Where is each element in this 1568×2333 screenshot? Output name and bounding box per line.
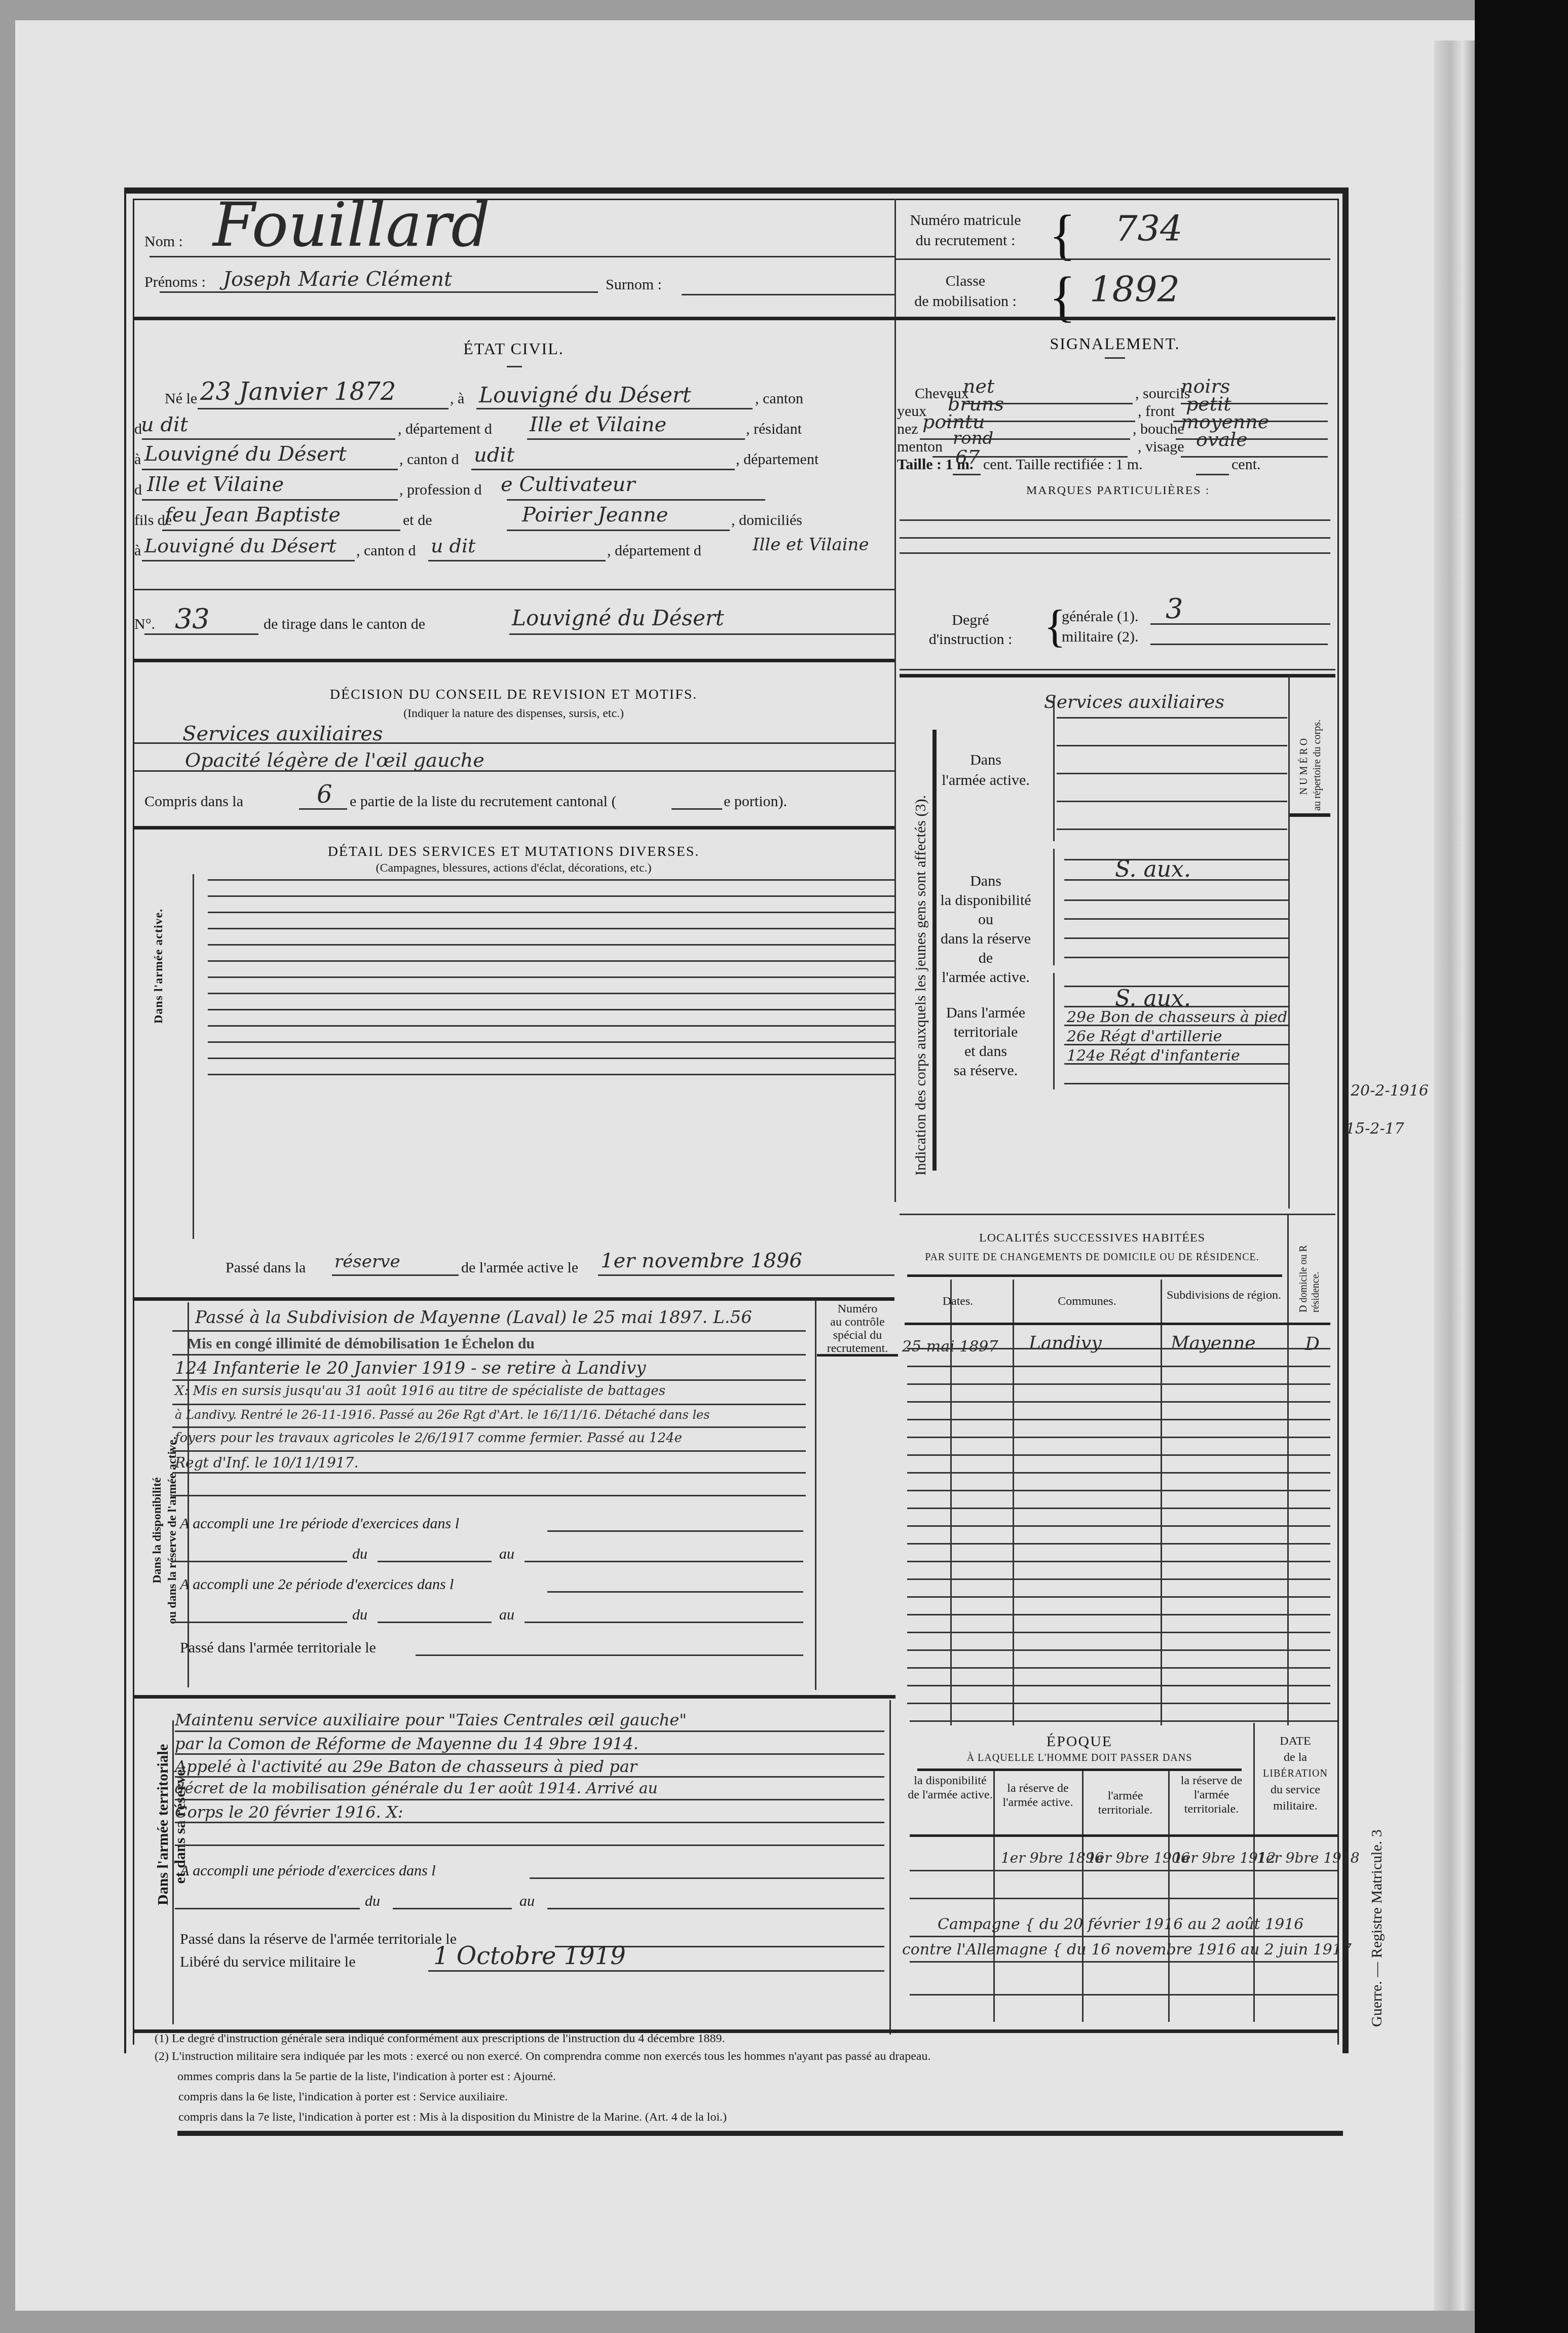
canton-line: [142, 438, 395, 440]
localite-ruled-line: [907, 1508, 1330, 1509]
tirage-canton-line: [509, 633, 894, 635]
terr-rule: [175, 1822, 884, 1823]
epoque-col-4: la réserve de l'armée territoriale.: [1170, 1774, 1253, 1816]
canton-label: , canton: [755, 390, 803, 407]
numero-controle-line: spécial du: [817, 1329, 898, 1342]
service-ruled-line: [208, 879, 894, 881]
footnote-4: compris dans la 6e liste, l'indication à…: [178, 2090, 508, 2104]
nom-label: Nom :: [144, 233, 183, 250]
tirage-no-value: 33: [175, 603, 210, 635]
terr-label-line: et dans: [938, 1042, 1034, 1061]
passe-line-2: [598, 1274, 894, 1276]
terr-right-divider: [889, 1700, 891, 2035]
residence-line: [142, 469, 398, 470]
decision-title: DÉCISION DU CONSEIL DE REVISION ET MOTIF…: [133, 687, 894, 703]
degre-divider: [900, 669, 1335, 670]
ne-le-line: [198, 408, 449, 409]
localite-ruled-line: [907, 1490, 1330, 1491]
periode1-end-line: [525, 1561, 803, 1562]
etat-civil-title: ÉTAT CIVIL.: [133, 340, 894, 358]
mere-line: [507, 530, 730, 531]
periode2-au: au: [499, 1606, 514, 1624]
dispo-rule: [172, 1495, 806, 1496]
canton3-line: [428, 560, 606, 561]
terr-line-1: [1064, 1006, 1290, 1007]
marques-line-1: [900, 519, 1330, 521]
compris-line: [299, 808, 347, 810]
service-ruled-line: [208, 960, 894, 962]
header-divider: [133, 317, 895, 320]
decision-rule-1: [134, 742, 894, 744]
matricule-label-line1: Numéro matricule: [897, 210, 1034, 231]
terr-corps-value: S. aux.: [1115, 986, 1191, 1011]
margin-note: 20-2-1916: [1351, 1082, 1429, 1100]
passe-value-2: 1er novembre 1896: [601, 1249, 802, 1272]
classe-label: Classe de mobilisation :: [897, 271, 1034, 312]
numero-label-line2: au répertoire du corps.: [1311, 720, 1324, 811]
localites-col-communes: Communes.: [1014, 1295, 1161, 1308]
terr-line: Maintenu service auxiliaire pour "Taies …: [175, 1710, 687, 1729]
departement3-label: , département d: [607, 542, 701, 559]
compris-label-2: e partie de la liste du recrutement cant…: [350, 793, 616, 810]
active-vertical-label: Dans l'armée active.: [152, 909, 166, 1024]
classe-value: 1892: [1090, 269, 1180, 310]
epoque-header-rule: [910, 1834, 1338, 1837]
epoque-col-3: l'armée territoriale.: [1084, 1789, 1167, 1817]
canton2-line: [471, 469, 735, 470]
terr-corps-value: 26e Régt d'artillerie: [1067, 1028, 1222, 1045]
dispo-line-6: [1064, 957, 1290, 958]
terr-rule: [175, 1845, 884, 1846]
localite-ruled-line: [907, 1703, 1330, 1704]
canton2-label: , canton d: [399, 451, 459, 468]
date-col-line: militaire.: [1255, 1798, 1336, 1814]
title-rule: [1105, 357, 1125, 359]
departement2-line: [142, 499, 398, 501]
a2-label: à: [134, 451, 141, 468]
domicile-line: [142, 560, 355, 561]
bouche-label: , bouche: [1133, 421, 1184, 438]
et-de-label: et de: [403, 512, 432, 529]
localites-header-rule: [905, 1323, 1330, 1325]
page-gutter: [1434, 41, 1475, 2311]
terr-corps-value: 124e Régt d'infanterie: [1067, 1047, 1240, 1065]
dispo-label-line: ou: [938, 910, 1034, 929]
profession-label: , profession d: [399, 481, 481, 499]
periode1-line: [547, 1530, 803, 1532]
terr-rule: [175, 1753, 884, 1755]
passe-value-1: réserve: [334, 1252, 400, 1272]
terr-corps-value: 29e Bon de chasseurs à pied: [1067, 1008, 1287, 1026]
terr-label-line: territoriale: [938, 1023, 1034, 1042]
classe-divider: [894, 317, 1335, 320]
dispo-vertical-line1: Dans la disponibilité: [150, 1437, 165, 1624]
terr-au-line: [393, 1908, 512, 1909]
localite-ruled-line: [907, 1649, 1330, 1651]
footnote-5: compris dans la 7e liste, l'indication à…: [178, 2111, 727, 2124]
dispo-label-line: la disponibilité: [938, 891, 1034, 910]
terr-rule: [175, 1730, 884, 1732]
marques-line-3: [900, 552, 1330, 554]
localite-ruled-line: [907, 1596, 1330, 1598]
cent-label: cent. Taille rectifiée : 1 m.: [983, 456, 1143, 473]
numero-column-divider: [1288, 676, 1290, 1209]
date-liberation-value: 1er 9bre 1918: [1257, 1850, 1360, 1866]
departement-label: , département d: [398, 421, 492, 438]
terr-line: décret de la mobilisation générale du 1e…: [175, 1780, 658, 1797]
passe-label-2: de l'armée active le: [461, 1259, 578, 1276]
pere-value: feu Jean Baptiste: [165, 503, 341, 526]
marques-title: MARQUES PARTICULIÈRES :: [1026, 484, 1210, 498]
epoque-top-rule: [910, 1720, 1338, 1722]
localites-col-line: [1287, 1214, 1289, 1725]
services-subtitle: (Campagnes, blessures, actions d'éclat, …: [133, 861, 894, 875]
residant-label: , résidant: [746, 421, 802, 438]
campagne-line-2: contre l'Allemagne { du 16 novembre 1916…: [902, 1941, 1352, 1959]
service-ruled-line: [208, 976, 894, 978]
localite-ruled-line: [907, 1525, 1330, 1527]
localite-ruled-line: [907, 1383, 1330, 1385]
periode1-label: A accompli une 1re période d'exercices d…: [180, 1515, 459, 1532]
d2-label: d: [134, 481, 142, 499]
localites-col-dr: D domicile ou R résidence.: [1297, 1231, 1322, 1312]
taille-rectifiee-line: [1196, 474, 1229, 475]
service-ruled-line: [208, 1009, 894, 1010]
profession-line: [507, 499, 765, 501]
matricule-label: Numéro matricule du recrutement :: [897, 210, 1034, 251]
service-ruled-line: [208, 895, 894, 897]
ne-le-label: Né le: [165, 390, 197, 407]
title-rule: [507, 366, 522, 367]
localite-ruled-line: [907, 1437, 1330, 1438]
visage-value: ovale: [1196, 428, 1248, 450]
date-col-line: LIBÉRATION: [1255, 1765, 1336, 1782]
active-label: Dans l'armée active.: [938, 750, 1034, 791]
dispo-line-1: [1064, 859, 1290, 860]
localite-ruled-line: [907, 1472, 1330, 1474]
periode1-du-line: [172, 1561, 347, 1562]
periode1-du: du: [352, 1546, 367, 1563]
services-divider: [133, 1297, 894, 1301]
degre-label-line1: Degré: [907, 611, 1034, 630]
terr-line: Corps le 20 février 1916. X:: [175, 1802, 403, 1822]
localite-ruled-line: [907, 1632, 1330, 1633]
departement-line: [527, 438, 745, 440]
dispo-line-3: [1064, 899, 1290, 901]
taille-value: 67: [955, 446, 980, 468]
matricule-divider: [894, 258, 1330, 260]
pere-line: [162, 530, 400, 531]
cent2-label: cent.: [1231, 456, 1260, 473]
dispo-rule: [172, 1354, 806, 1356]
signalement-title: SIGNALEMENT.: [897, 334, 1333, 353]
localite-ruled-line: [907, 1454, 1330, 1456]
service-ruled-line: [208, 1058, 894, 1059]
dispo-line: Mis en congé illimité de démobilisation …: [188, 1335, 535, 1352]
militaire-label: militaire (2).: [1062, 628, 1139, 646]
numero-repertoire-label: NUMÉRO au répertoire du corps.: [1297, 720, 1324, 811]
surnom-label: Surnom :: [606, 276, 662, 293]
tirage-no-label: N°.: [134, 616, 155, 633]
service-ruled-line: [208, 912, 894, 913]
passe-reserve-label: Passé dans la réserve de l'armée territo…: [180, 1931, 457, 1948]
numero-controle-line: Numéro: [817, 1302, 898, 1315]
lieu-naissance-line: [476, 408, 753, 409]
active-label-line2: l'armée active.: [938, 770, 1034, 791]
periode2-end-line: [525, 1622, 803, 1623]
localites-col-line: [1013, 1280, 1014, 1725]
date-col-line: DATE: [1255, 1733, 1336, 1749]
localite-ruled-line: [907, 1348, 1330, 1349]
menton-value: rond: [953, 428, 993, 448]
dispo-rule: [172, 1330, 806, 1332]
nez-line: [920, 438, 1130, 440]
service-ruled-line: [208, 1041, 894, 1043]
dispo-rule: [172, 1379, 806, 1381]
tirage-divider: [133, 659, 894, 662]
corps-bottom-rule: [900, 1214, 1335, 1215]
epoque-title: ÉPOQUE: [907, 1733, 1252, 1750]
canton3-label: , canton d: [356, 542, 416, 559]
periode1-au: au: [499, 1546, 514, 1563]
departement-value: Ille et Vilaine: [530, 413, 666, 436]
dispo-line: Passé à la Subdivision de Mayenne (Laval…: [195, 1307, 752, 1328]
nom-line: [150, 256, 894, 257]
surnom-line: [682, 294, 894, 295]
localites-col-subdivisions: Subdivisions de région.: [1161, 1287, 1287, 1303]
periode2-label: A accompli une 2e période d'exercices da…: [180, 1576, 454, 1593]
dispo-label-line: Dans: [938, 872, 1034, 891]
terr-periode-au: au: [519, 1893, 535, 1910]
epoque-col-1: la disponibilité de l'armée active.: [907, 1774, 993, 1802]
prenoms-label: Prénoms :: [144, 274, 206, 291]
dispo-line: à Landivy. Rentré le 26-11-1916. Passé a…: [175, 1408, 710, 1422]
terr-line-2: [1064, 1025, 1290, 1026]
localite-commune: Landivy: [1029, 1333, 1102, 1353]
nom-value: Fouillard: [213, 190, 490, 260]
bottom-frame-rule: [177, 2131, 1343, 2136]
terr-end-line: [547, 1908, 884, 1909]
active-corps-value: Services auxiliaires: [1044, 692, 1224, 712]
terr-du-line: [175, 1908, 360, 1909]
terr-periode-label: A accompli une période d'exercices dans …: [180, 1862, 436, 1879]
dispo-line: X: Mis en sursis jusqu'au 31 août 1916 a…: [175, 1383, 665, 1399]
brace-line: [1053, 973, 1055, 1089]
localites-title: LOCALITÉS SUCCESSIVES HABITÉES: [900, 1231, 1285, 1245]
numero-controle-line: au contrôle: [817, 1315, 898, 1329]
numero-controle-rule: [817, 1354, 898, 1357]
bracket-line: [172, 1720, 174, 2024]
domicile-value: Louvigné du Désert: [144, 535, 337, 557]
localite-subdivision: Mayenne: [1171, 1333, 1256, 1353]
degre-label: Degré d'instruction :: [907, 611, 1034, 649]
compris-value: 6: [317, 780, 332, 809]
localites-col-line: [1161, 1280, 1162, 1725]
localite-ruled-line: [907, 1419, 1330, 1420]
corps-vertical-label: Indication des corps auxquels les jeunes…: [912, 795, 929, 1176]
canton-value: u dit: [141, 413, 188, 436]
epoque-brace: [917, 1768, 1242, 1771]
front-label: , front: [1138, 403, 1175, 420]
brace-line: [1053, 697, 1055, 841]
terr-line-3: [1064, 1044, 1290, 1045]
numero-controle-line: recrutement.: [817, 1342, 898, 1355]
matricule-value: 734: [1115, 208, 1183, 249]
degre-label-line2: d'instruction :: [907, 630, 1034, 649]
portion-line: [671, 808, 722, 810]
dispo-line: 124 Infanterie le 20 Janvier 1919 - se r…: [175, 1358, 646, 1378]
localites-col-dates: Dates.: [902, 1295, 1014, 1308]
dispo-label-line: dans la réserve: [938, 929, 1034, 949]
marques-line-2: [900, 537, 1330, 539]
active-line-3: [1057, 773, 1287, 774]
libere-line: [428, 1970, 884, 1972]
active-line-1: [1057, 717, 1287, 719]
epoque-rule: [910, 1936, 1338, 1937]
terr-rule: [175, 1776, 884, 1778]
departement2-label: , département: [736, 451, 818, 468]
dispo-rule: [172, 1426, 806, 1428]
dispo-label: Dans la disponibilité ou dans la réserve…: [938, 872, 1034, 987]
localite-ruled-line: [907, 1578, 1330, 1580]
epoque-col-2: la réserve de l'armée active.: [995, 1781, 1081, 1810]
terr-label-line: Dans l'armée: [938, 1003, 1034, 1023]
nez-label: nez: [897, 421, 918, 438]
service-ruled-line: [208, 1074, 894, 1075]
residence-value: Louvigné du Désert: [144, 442, 347, 466]
numero-label-line1: NUMÉRO: [1297, 720, 1311, 811]
libere-value: 1 Octobre 1919: [433, 1942, 626, 1970]
active-line-5: [1057, 829, 1287, 830]
decision-rule-2: [134, 770, 894, 772]
service-ruled-line: [208, 1025, 894, 1027]
passe-terr-line: [416, 1654, 803, 1656]
canton3-value: u dit: [431, 535, 475, 557]
generale-label: générale (1).: [1062, 608, 1139, 625]
margin-note: 15-2-17: [1346, 1120, 1404, 1138]
libere-label: Libéré du service militaire le: [180, 1953, 356, 1971]
corps-bracket: [932, 730, 937, 1171]
brace-line: [1053, 849, 1055, 965]
domicilies-label: , domiciliés: [731, 512, 802, 529]
dispo-rule: [172, 1404, 806, 1405]
dispo-line: foyers pour les travaux agricoles le 2/6…: [175, 1431, 682, 1446]
passe-line-1: [332, 1274, 459, 1276]
dispo-rule: [172, 1472, 806, 1474]
departement2-value: Ille et Vilaine: [147, 473, 284, 496]
epoque-rule: [910, 1870, 1338, 1871]
active-label-line1: Dans: [938, 750, 1034, 770]
terr-periode-du: du: [365, 1893, 380, 1910]
periode2-line: [547, 1591, 803, 1593]
active-line-4: [1057, 801, 1287, 802]
profession-value: e Cultivateur: [501, 473, 636, 496]
dispo-rule: [172, 1450, 806, 1452]
classe-label-line1: Classe: [897, 271, 1034, 291]
service-ruled-line: [208, 928, 894, 929]
militaire-line: [1150, 644, 1328, 645]
tirage-no-line: [144, 633, 258, 635]
epoque-rule: [910, 1961, 1338, 1963]
numero-controle-label: Numéro au contrôle spécial du recrutemen…: [817, 1302, 898, 1355]
ne-le-value: 23 Janvier 1872: [200, 378, 396, 406]
date-col-line: de la: [1255, 1749, 1336, 1765]
numero-rule: [1290, 813, 1330, 817]
matricule-label-line2: du recrutement :: [897, 231, 1034, 251]
a3-label: à: [134, 542, 141, 559]
epoque-subtitle: À LAQUELLE L'HOMME DOIT PASSER DANS: [907, 1752, 1252, 1764]
active-line-2: [1057, 745, 1287, 746]
departement3-value: Ille et Vilaine: [753, 535, 869, 555]
footnote-2: (2) L'instruction militaire sera indiqué…: [155, 2050, 930, 2063]
localite-date: 25 mai 1897: [902, 1338, 998, 1356]
margin-footer: Guerre. — Registre Matricule. 3: [1368, 1829, 1386, 2027]
localite-ruled-line: [907, 1667, 1330, 1669]
prenoms-line: [160, 291, 598, 293]
terr-label: Dans l'armée territoriale et dans sa rés…: [938, 1003, 1034, 1080]
book-spine: [1475, 0, 1568, 2333]
epoque-rule: [910, 1898, 1338, 1899]
dispo-label-line: de: [938, 949, 1034, 968]
periode2-du-line: [172, 1622, 347, 1623]
date-liberation-header: DATE de la LIBÉRATION du service militai…: [1255, 1733, 1336, 1814]
classe-label-line2: de mobilisation :: [897, 291, 1034, 312]
mere-value: Poirier Jeanne: [522, 503, 668, 526]
prenoms-value: Joseph Marie Clément: [223, 268, 452, 291]
taille-line: [953, 474, 981, 475]
dispo-line-5: [1064, 937, 1290, 939]
tirage-label: de tirage dans le canton de: [264, 616, 425, 633]
dispo-line: Regt d'Inf. le 10/11/1917.: [175, 1454, 358, 1471]
terr-label-line: sa réserve.: [938, 1061, 1034, 1080]
service-ruled-line: [208, 944, 894, 946]
terr-vertical-line1: Dans l'armée territoriale: [155, 1744, 172, 1905]
localite-ruled-line: [907, 1543, 1330, 1545]
brace-icon: {: [1049, 203, 1076, 267]
menton-label: menton: [897, 438, 943, 456]
localite-ruled-line: [907, 1561, 1330, 1562]
numero-controle-divider: [815, 1300, 816, 1690]
terr-line-5: [1064, 1083, 1290, 1084]
periode2-du: du: [352, 1606, 367, 1624]
etat-civil-divider: [133, 589, 894, 590]
dispo-label-line: l'armée active.: [938, 968, 1034, 987]
decision-divider: [133, 826, 894, 830]
terr-line: Appelé à l'activité au 29e Baton de chas…: [175, 1757, 637, 1776]
localites-subtitle: PAR SUITE DE CHANGEMENTS DE DOMICILE OU …: [900, 1252, 1285, 1263]
corps-top-rule: [900, 674, 1335, 678]
footnote-1: (1) Le degré d'instruction générale sera…: [155, 2032, 725, 2046]
visage-label: , visage: [1138, 438, 1184, 456]
generale-value: 3: [1166, 593, 1183, 625]
passe-label-1: Passé dans la: [226, 1259, 306, 1276]
dispo-line-2: [1064, 879, 1290, 881]
periode1-au-line: [378, 1561, 492, 1562]
localite-ruled-line: [907, 1366, 1330, 1367]
passe-terr-label: Passé dans l'armée territoriale le: [180, 1639, 376, 1657]
terr-line: par la Comon de Réforme de Mayenne du 14…: [175, 1734, 639, 1753]
decision-line-2: Opacité légère de l'œil gauche: [185, 749, 484, 771]
terr-line-4: [1064, 1063, 1290, 1065]
localites-brace: [907, 1274, 1282, 1277]
compris-label-3: e portion).: [724, 793, 787, 810]
tirage-canton-value: Louvigné du Désert: [512, 606, 724, 630]
bracket-line: [193, 874, 194, 1239]
localite-ruled-line: [907, 1401, 1330, 1403]
service-ruled-line: [208, 993, 894, 994]
localite-ruled-line: [907, 1685, 1330, 1686]
localite-dr: D: [1305, 1334, 1320, 1354]
